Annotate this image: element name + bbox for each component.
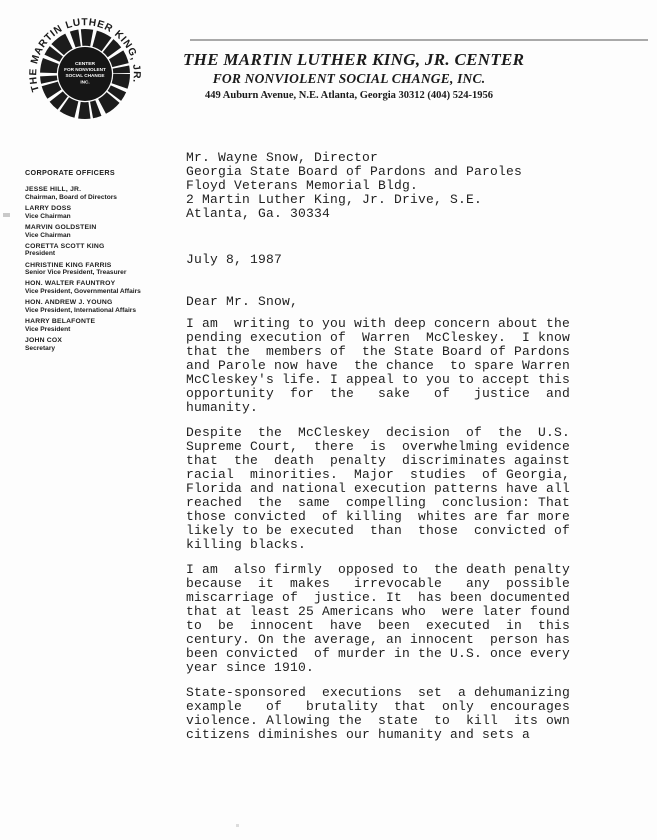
officer-name: JESSE HILL, JR.	[25, 186, 165, 194]
salutation: Dear Mr. Snow,	[186, 295, 586, 309]
seal-inner-line: FOR NONVIOLENT	[64, 67, 106, 72]
org-name-line1: THE MARTIN LUTHER KING, JR. CENTER	[183, 50, 515, 70]
letterhead-rule	[190, 39, 648, 41]
officer-entry: HON. WALTER FAUNTROY Vice President, Gov…	[25, 280, 165, 295]
officer-entry: CORETTA SCOTT KING President	[25, 243, 165, 258]
mlk-center-seal-logo: THE MARTIN LUTHER KING, JR. CENTER FOR N…	[24, 13, 146, 135]
seal-inner-line: SOCIAL CHANGE	[66, 73, 105, 78]
officer-title: Secretary	[25, 345, 165, 353]
letter-body: Mr. Wayne Snow, Director Georgia State B…	[186, 151, 586, 742]
officer-name: HARRY BELAFONTE	[25, 318, 165, 326]
officer-name: CHRISTINE KING FARRIS	[25, 262, 165, 270]
officer-entry: HON. ANDREW J. YOUNG Vice President, Int…	[25, 299, 165, 314]
officer-entry: JOHN COX Secretary	[25, 337, 165, 352]
recipient-address: Mr. Wayne Snow, Director Georgia State B…	[186, 151, 586, 221]
org-name-line2: FOR NONVIOLENT SOCIAL CHANGE, INC.	[183, 71, 515, 87]
officer-entry: MARVIN GOLDSTEIN Vice Chairman	[25, 224, 165, 239]
letterhead: THE MARTIN LUTHER KING, JR. CENTER FOR N…	[183, 50, 515, 101]
officer-title: Vice Chairman	[25, 232, 165, 240]
scan-artifact	[236, 824, 239, 827]
letter-date: July 8, 1987	[186, 253, 586, 267]
paragraph-3: I am also firmly opposed to the death pe…	[186, 563, 586, 675]
corporate-officers-sidebar: CORPORATE OFFICERS JESSE HILL, JR. Chair…	[25, 168, 165, 356]
paragraph-2: Despite the McCleskey decision of the U.…	[186, 426, 586, 552]
officer-title: Vice President, Governmental Affairs	[25, 288, 165, 296]
officer-name: HON. ANDREW J. YOUNG	[25, 299, 165, 307]
seal-inner-line: INC.	[80, 80, 89, 85]
officer-entry: CHRISTINE KING FARRIS Senior Vice Presid…	[25, 262, 165, 277]
paragraph-1: I am writing to you with deep concern ab…	[186, 317, 586, 415]
officer-name: HON. WALTER FAUNTROY	[25, 280, 165, 288]
letter-page: THE MARTIN LUTHER KING, JR. CENTER FOR N…	[0, 0, 657, 840]
officer-name: MARVIN GOLDSTEIN	[25, 224, 165, 232]
officer-title: Senior Vice President, Treasurer	[25, 269, 165, 277]
officer-name: LARRY DOSS	[25, 205, 165, 213]
officer-entry: LARRY DOSS Vice Chairman	[25, 205, 165, 220]
officers-heading: CORPORATE OFFICERS	[25, 168, 165, 177]
officer-title: Chairman, Board of Directors	[25, 194, 165, 202]
officer-name: JOHN COX	[25, 337, 165, 345]
seal-inner-line: CENTER	[75, 61, 96, 67]
org-address: 449 Auburn Avenue, N.E. Atlanta, Georgia…	[183, 90, 515, 101]
paragraph-4: State-sponsored executions set a dehuman…	[186, 686, 586, 742]
officer-name: CORETTA SCOTT KING	[25, 243, 165, 251]
officer-title: Vice President	[25, 326, 165, 334]
scan-artifact	[3, 213, 10, 217]
officer-title: Vice President, International Affairs	[25, 307, 165, 315]
officer-title: President	[25, 250, 165, 258]
officer-entry: JESSE HILL, JR. Chairman, Board of Direc…	[25, 186, 165, 201]
officer-entry: HARRY BELAFONTE Vice President	[25, 318, 165, 333]
officer-title: Vice Chairman	[25, 213, 165, 221]
